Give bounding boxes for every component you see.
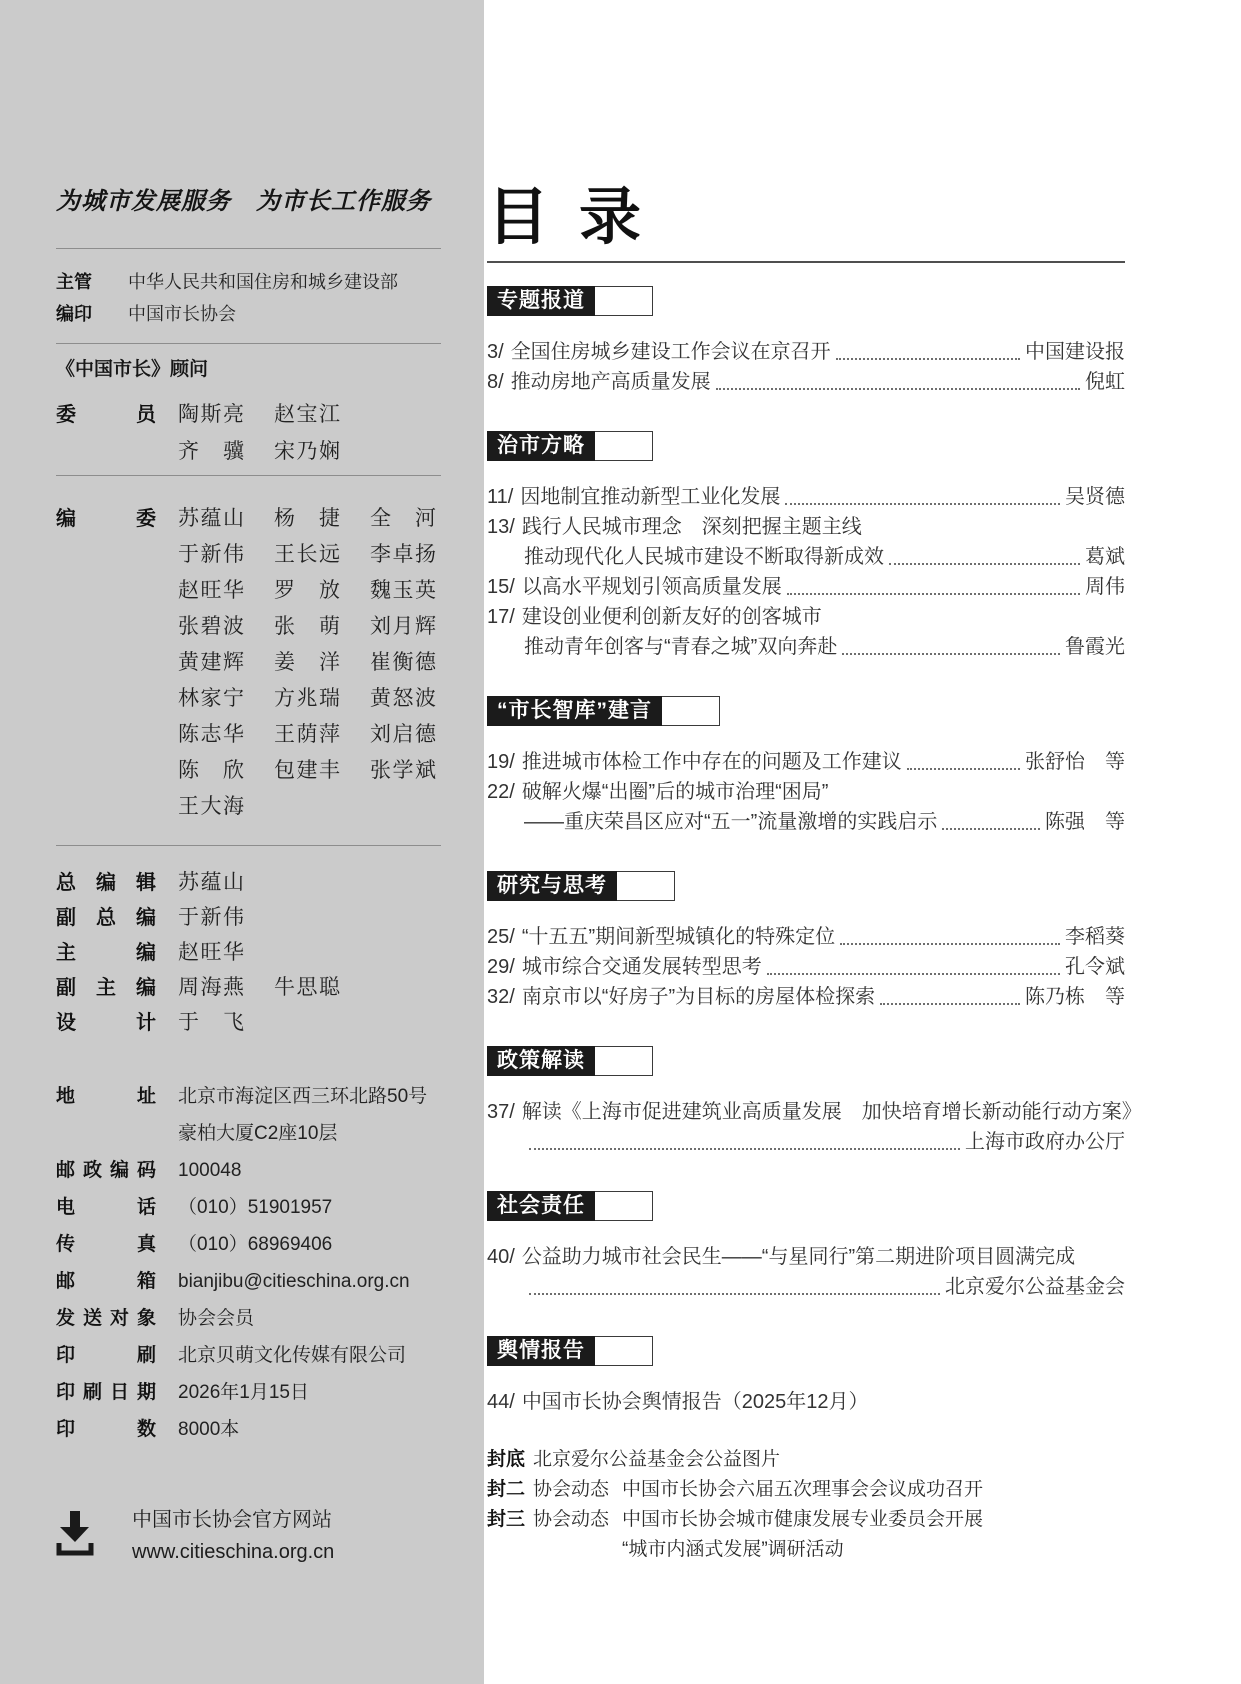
- person-name: 罗放: [274, 579, 340, 603]
- section-social-responsibility: 社会责任 40/ 公益助力城市社会民生——“与星同行”第二期进阶项目圆满完成 北…: [487, 1191, 1125, 1302]
- person-name: 张学斌: [370, 759, 436, 783]
- cover-label: 封二: [487, 1475, 533, 1505]
- section-title: 研究与思考: [487, 871, 617, 901]
- toc-entry: 11/ 因地制宜推动新型工业化发展 吴贤德: [487, 482, 1125, 512]
- info-value: 2026年1月15日: [178, 1381, 309, 1405]
- entry-page-number: 13/: [487, 512, 515, 542]
- person-name: 苏蕴山: [178, 507, 244, 531]
- info-label: 印数: [56, 1418, 156, 1442]
- info-row-print-run: 印数 8000本: [56, 1418, 441, 1442]
- dot-leader: [529, 1293, 940, 1295]
- cover-row-inside-back: 封三 协会动态 中国市长协会城市健康发展专业委员会开展: [487, 1505, 1125, 1535]
- website-name: 中国市长协会官方网站: [132, 1504, 334, 1536]
- download-icon: [56, 1510, 94, 1556]
- entry-page-number: 11/: [487, 482, 513, 512]
- dot-leader: [842, 653, 1060, 655]
- info-row-address: 地址 北京市海淀区西三环北路50号: [56, 1085, 441, 1109]
- entry-title: 推动房地产高质量发展: [511, 367, 711, 397]
- entry-page-number: 44/: [487, 1387, 515, 1417]
- entry-title: ——重庆荣昌区应对“五一”流量激增的实践启示: [524, 807, 937, 837]
- toc-entry: 13/ 践行人民城市理念 深刻把握主题主线: [487, 512, 1125, 542]
- entry-title: 因地制宜推动新型工业化发展: [520, 482, 780, 512]
- section-entries: 3/ 全国住房城乡建设工作会议在京召开 中国建设报 8/ 推动房地产高质量发展 …: [487, 337, 1125, 397]
- dot-leader: [836, 358, 1020, 360]
- section-header: 专题报道: [487, 286, 1125, 316]
- info-label: [56, 1122, 156, 1146]
- staff-role-label: 副主编: [56, 976, 156, 1000]
- contact-info-block: 地址 北京市海淀区西三环北路50号 豪柏大厦C2座10层 邮政编码 100048…: [56, 1085, 441, 1442]
- person-name: 黄建辉: [178, 651, 244, 675]
- entry-page-number: 8/: [487, 367, 504, 397]
- info-row-email: 邮箱 bianjibu@citieschina.org.cn: [56, 1270, 441, 1294]
- entry-author: 鲁霞光: [1065, 632, 1125, 662]
- section-entries: 19/ 推进城市体检工作中存在的问题及工作建议 张舒怡 等 22/ 破解火爆“出…: [487, 747, 1125, 837]
- info-value: 豪柏大厦C2座10层: [178, 1122, 337, 1146]
- section-entries: 25/ “十五五”期间新型城镇化的特殊定位 李稻葵 29/ 城市综合交通发展转型…: [487, 922, 1125, 1012]
- committee-block: 委员 陶斯亮 赵宝江 齐骥 宋乃娴: [56, 403, 441, 464]
- entry-author: 吴贤德: [1065, 482, 1125, 512]
- info-row-audience: 发送对象 协会会员: [56, 1307, 441, 1331]
- entry-page-number: 32/: [487, 982, 515, 1012]
- dot-leader: [767, 973, 1060, 975]
- dot-leader: [785, 503, 1060, 505]
- staff-role-label: 副总编: [56, 906, 156, 930]
- name-row: 赵旺华 罗放 魏玉英: [178, 579, 436, 603]
- person-name: 张碧波: [178, 615, 244, 639]
- staff-row: 总编辑 苏蕴山: [56, 871, 441, 895]
- entry-title: 中国市长协会舆情报告（2025年12月）: [522, 1387, 869, 1417]
- entry-title: 推动青年创客与“青春之城”双向奔赴: [524, 632, 837, 662]
- toc-entry: 29/ 城市综合交通发展转型思考 孔令斌: [487, 952, 1125, 982]
- person-name: 陈欣: [178, 759, 244, 783]
- person-name: 李卓扬: [370, 543, 436, 567]
- name-row: 陈欣 包建丰 张学斌: [178, 759, 436, 783]
- advisors-title: 《中国市长》顾问: [56, 357, 441, 383]
- section-tab-box: [595, 431, 653, 461]
- person-name: 张萌: [274, 615, 340, 639]
- entry-author: 周伟: [1085, 572, 1125, 602]
- section-research-thinking: 研究与思考 25/ “十五五”期间新型城镇化的特殊定位 李稻葵 29/ 城市综合…: [487, 871, 1125, 1012]
- divider: [56, 475, 441, 476]
- entry-author: 上海市政府办公厅: [965, 1127, 1125, 1157]
- publisher-label: 编印: [56, 298, 128, 330]
- entry-page-number: 37/: [487, 1097, 515, 1127]
- info-label: 传真: [56, 1233, 156, 1257]
- cover-text: 中国市长协会六届五次理事会会议成功召开: [622, 1475, 983, 1505]
- masthead-panel: 为城市发展服务 为市长工作服务 主管 中华人民共和国住房和城乡建设部 编印 中国…: [0, 0, 484, 1684]
- person-name: 于新伟: [178, 906, 244, 930]
- section-tab-box: [595, 286, 653, 316]
- entry-title: 践行人民城市理念 深刻把握主题主线: [522, 512, 862, 542]
- info-label: 邮政编码: [56, 1159, 156, 1183]
- supervisor-publisher-block: 主管 中华人民共和国住房和城乡建设部 编印 中国市长协会: [56, 266, 441, 330]
- toc-panel: 目录 专题报道 3/ 全国住房城乡建设工作会议在京召开 中国建设报 8/ 推动房…: [484, 0, 1125, 1565]
- section-city-governance: 治市方略 11/ 因地制宜推动新型工业化发展 吴贤德 13/ 践行人民城市理念 …: [487, 431, 1125, 662]
- person-name: 刘启德: [370, 723, 436, 747]
- person-name: 于新伟: [178, 543, 244, 567]
- section-header: 治市方略: [487, 431, 1125, 461]
- entry-title: 推动现代化人民城市建设不断取得新成效: [524, 542, 884, 572]
- cover-label: 封底: [487, 1445, 533, 1475]
- name-row: 陶斯亮 赵宝江: [178, 403, 340, 427]
- entry-page-number: 19/: [487, 747, 515, 777]
- cover-row-back: 封底 北京爱尔公益基金会公益图片: [487, 1445, 1125, 1475]
- toc-entry: 8/ 推动房地产高质量发展 倪虹: [487, 367, 1125, 397]
- section-header: 社会责任: [487, 1191, 1125, 1221]
- section-policy-interpretation: 政策解读 37/ 解读《上海市促进建筑业高质量发展 加快培育增长新动能行动方案》…: [487, 1046, 1125, 1157]
- entry-title: 推进城市体检工作中存在的问题及工作建议: [522, 747, 902, 777]
- person-name: 王大海: [178, 795, 244, 819]
- section-title: “市长智库”建言: [487, 696, 662, 726]
- person-name: 宋乃娴: [274, 440, 340, 464]
- info-value: （010）51901957: [178, 1196, 332, 1220]
- publisher-value: 中国市长协会: [128, 298, 236, 330]
- person-name: 赵旺华: [178, 579, 244, 603]
- cover-text: 中国市长协会城市健康发展专业委员会开展: [622, 1505, 983, 1535]
- info-row-fax: 传真 （010）68969406: [56, 1233, 441, 1257]
- section-entries: 44/ 中国市长协会舆情报告（2025年12月）: [487, 1387, 1125, 1417]
- section-tab-box: [662, 696, 720, 726]
- staff-role-label: 设计: [56, 1011, 156, 1035]
- publisher-row: 编印 中国市长协会: [56, 298, 441, 330]
- info-label: 发送对象: [56, 1307, 156, 1331]
- toc-entry: 32/ 南京市以“好房子”为目标的房屋体检探索 陈乃栋 等: [487, 982, 1125, 1012]
- name-row: 于新伟 王长远 李卓扬: [178, 543, 436, 567]
- person-name: 苏蕴山: [178, 871, 244, 895]
- toc-entry-continuation: ——重庆荣昌区应对“五一”流量激增的实践启示 陈强 等: [487, 807, 1125, 837]
- info-value: 8000本: [178, 1418, 239, 1442]
- person-name: 全河: [370, 507, 436, 531]
- person-name: 陈志华: [178, 723, 244, 747]
- staff-row: 副总编 于新伟: [56, 906, 441, 930]
- dot-leader: [889, 563, 1080, 565]
- committee-label: 委员: [56, 403, 156, 427]
- dot-leader: [716, 388, 1080, 390]
- cover-text: “城市内涵式发展”调研活动: [622, 1535, 844, 1565]
- info-value: 协会会员: [178, 1307, 254, 1331]
- page-title: 目录: [487, 185, 1125, 251]
- person-name: 赵旺华: [178, 941, 244, 965]
- cover-row-inside-front: 封二 协会动态 中国市长协会六届五次理事会会议成功召开: [487, 1475, 1125, 1505]
- person-name: 林家宁: [178, 687, 244, 711]
- staff-role-label: 总编辑: [56, 871, 156, 895]
- supervisor-value: 中华人民共和国住房和城乡建设部: [128, 266, 398, 298]
- entry-title: “十五五”期间新型城镇化的特殊定位: [522, 922, 835, 952]
- entry-title: 解读《上海市促进建筑业高质量发展 加快培育增长新动能行动方案》: [522, 1097, 1142, 1127]
- entry-author: 李稻葵: [1065, 922, 1125, 952]
- entry-author: 葛斌: [1085, 542, 1125, 572]
- entry-title: 公益助力城市社会民生——“与星同行”第二期进阶项目圆满完成: [522, 1242, 1075, 1272]
- magazine-toc-page: 为城市发展服务 为市长工作服务 主管 中华人民共和国住房和城乡建设部 编印 中国…: [0, 0, 1241, 1684]
- info-value: 100048: [178, 1159, 241, 1183]
- editorial-board-block: 编委 苏蕴山 杨捷 全河 于新伟 王长远 李卓扬 赵旺华 罗放 魏玉英: [56, 507, 441, 819]
- toc-entry: 15/ 以高水平规划引领高质量发展 周伟: [487, 572, 1125, 602]
- info-value: 北京贝萌文化传媒有限公司: [178, 1344, 406, 1368]
- info-label: 地址: [56, 1085, 156, 1109]
- toc-title-rule: [487, 261, 1125, 263]
- info-row-phone: 电话 （010）51901957: [56, 1196, 441, 1220]
- info-value: bianjibu@citieschina.org.cn: [178, 1270, 410, 1294]
- committee-rows: 陶斯亮 赵宝江 齐骥 宋乃娴: [178, 403, 340, 464]
- section-title: 治市方略: [487, 431, 595, 461]
- dot-leader: [787, 593, 1080, 595]
- entry-title: 破解火爆“出圈”后的城市治理“困局”: [522, 777, 829, 807]
- info-value: 北京市海淀区西三环北路50号: [178, 1085, 427, 1109]
- person-name: 方兆瑞: [274, 687, 340, 711]
- toc-entry: 17/ 建设创业便利创新友好的创客城市: [487, 602, 1125, 632]
- entry-author: 倪虹: [1085, 367, 1125, 397]
- section-tab-box: [617, 871, 675, 901]
- section-tab-box: [595, 1191, 653, 1221]
- supervisor-label: 主管: [56, 266, 128, 298]
- entry-title: 建设创业便利创新友好的创客城市: [522, 602, 822, 632]
- toc-entry: 19/ 推进城市体检工作中存在的问题及工作建议 张舒怡 等: [487, 747, 1125, 777]
- name-row: 苏蕴山 杨捷 全河: [178, 507, 436, 531]
- name-row: 陈志华 王荫萍 刘启德: [178, 723, 436, 747]
- entry-page-number: 40/: [487, 1242, 515, 1272]
- section-title: 政策解读: [487, 1046, 595, 1076]
- toc-entry: 44/ 中国市长协会舆情报告（2025年12月）: [487, 1387, 1125, 1417]
- section-header: 舆情报告: [487, 1336, 1125, 1366]
- person-name: 包建丰: [274, 759, 340, 783]
- toc-entry-continuation: 推动青年创客与“青春之城”双向奔赴 鲁霞光: [487, 632, 1125, 662]
- section-mayor-thinktank: “市长智库”建言 19/ 推进城市体检工作中存在的问题及工作建议 张舒怡 等 2…: [487, 696, 1125, 837]
- person-name: 齐骥: [178, 440, 244, 464]
- entry-page-number: 17/: [487, 602, 515, 632]
- person-name: 崔衡德: [370, 651, 436, 675]
- website-block: 中国市长协会官方网站 www.citieschina.org.cn: [56, 1504, 441, 1568]
- toc-entry: 40/ 公益助力城市社会民生——“与星同行”第二期进阶项目圆满完成: [487, 1242, 1125, 1272]
- cover-prefix: 协会动态: [533, 1475, 609, 1505]
- supervisor-row: 主管 中华人民共和国住房和城乡建设部: [56, 266, 441, 298]
- toc-entry: 3/ 全国住房城乡建设工作会议在京召开 中国建设报: [487, 337, 1125, 367]
- entry-author: 中国建设报: [1025, 337, 1125, 367]
- toc-entry: 25/ “十五五”期间新型城镇化的特殊定位 李稻葵: [487, 922, 1125, 952]
- person-name: 杨捷: [274, 507, 340, 531]
- section-title: 社会责任: [487, 1191, 595, 1221]
- entry-title: 南京市以“好房子”为目标的房屋体检探索: [522, 982, 875, 1012]
- info-label: 邮箱: [56, 1270, 156, 1294]
- staff-block: 总编辑 苏蕴山 副总编 于新伟 主编 赵旺华 副主编 周海燕 牛思聪 设计 于飞: [56, 871, 441, 1035]
- entry-title: 以高水平规划引领高质量发展: [522, 572, 782, 602]
- entry-page-number: 3/: [487, 337, 504, 367]
- cover-row-continuation: “城市内涵式发展”调研活动: [487, 1535, 1125, 1565]
- person-name: 陶斯亮: [178, 403, 244, 427]
- entry-page-number: 22/: [487, 777, 515, 807]
- toc-entry-continuation: 上海市政府办公厅: [487, 1127, 1125, 1157]
- slogan: 为城市发展服务 为市长工作服务: [56, 186, 441, 216]
- info-row-address-line2: 豪柏大厦C2座10层: [56, 1122, 441, 1146]
- staff-row: 设计 于飞: [56, 1011, 441, 1035]
- entry-author: 陈强 等: [1045, 807, 1125, 837]
- person-name: 姜洋: [274, 651, 340, 675]
- person-name: 王长远: [274, 543, 340, 567]
- person-name: 于飞: [178, 1011, 244, 1035]
- info-row-printer: 印刷 北京贝萌文化传媒有限公司: [56, 1344, 441, 1368]
- section-title: 舆情报告: [487, 1336, 595, 1366]
- section-special-report: 专题报道 3/ 全国住房城乡建设工作会议在京召开 中国建设报 8/ 推动房地产高…: [487, 286, 1125, 397]
- entry-page-number: 29/: [487, 952, 515, 982]
- cover-notes-block: 封底 北京爱尔公益基金会公益图片 封二 协会动态 中国市长协会六届五次理事会会议…: [487, 1445, 1125, 1565]
- info-row-postcode: 邮政编码 100048: [56, 1159, 441, 1183]
- divider: [56, 343, 441, 344]
- cover-prefix: 协会动态: [533, 1505, 609, 1535]
- editorial-board-rows: 苏蕴山 杨捷 全河 于新伟 王长远 李卓扬 赵旺华 罗放 魏玉英 张碧波 张萌: [178, 507, 436, 819]
- divider: [56, 845, 441, 846]
- toc-entry-continuation: 推动现代化人民城市建设不断取得新成效 葛斌: [487, 542, 1125, 572]
- person-name: 周海燕: [178, 976, 244, 1000]
- entry-author: 北京爱尔公益基金会: [945, 1272, 1125, 1302]
- info-value: （010）68969406: [178, 1233, 332, 1257]
- person-name: 王荫萍: [274, 723, 340, 747]
- staff-role-label: 主编: [56, 941, 156, 965]
- info-label: 电话: [56, 1196, 156, 1220]
- toc-entry: 37/ 解读《上海市促进建筑业高质量发展 加快培育增长新动能行动方案》: [487, 1097, 1125, 1127]
- section-title: 专题报道: [487, 286, 595, 316]
- dot-leader: [907, 768, 1020, 770]
- website-url: www.citieschina.org.cn: [132, 1536, 334, 1568]
- name-row: 张碧波 张萌 刘月辉: [178, 615, 436, 639]
- name-row: 林家宁 方兆瑞 黄怒波: [178, 687, 436, 711]
- section-tab-box: [595, 1336, 653, 1366]
- website-text: 中国市长协会官方网站 www.citieschina.org.cn: [132, 1504, 334, 1568]
- entry-page-number: 25/: [487, 922, 515, 952]
- dot-leader: [880, 1003, 1020, 1005]
- cover-text: 北京爱尔公益基金会公益图片: [533, 1445, 780, 1475]
- section-public-opinion-report: 舆情报告 44/ 中国市长协会舆情报告（2025年12月）: [487, 1336, 1125, 1417]
- name-row: 王大海: [178, 795, 436, 819]
- entry-author: 张舒怡 等: [1025, 747, 1125, 777]
- entry-title: 城市综合交通发展转型思考: [522, 952, 762, 982]
- person-name: 赵宝江: [274, 403, 340, 427]
- section-entries: 37/ 解读《上海市促进建筑业高质量发展 加快培育增长新动能行动方案》 上海市政…: [487, 1097, 1125, 1157]
- section-header: 政策解读: [487, 1046, 1125, 1076]
- info-label: 印刷日期: [56, 1381, 156, 1405]
- cover-label: 封三: [487, 1505, 533, 1535]
- divider: [56, 248, 441, 249]
- entry-title: 全国住房城乡建设工作会议在京召开: [511, 337, 831, 367]
- staff-row: 主编 赵旺华: [56, 941, 441, 965]
- person-name: 牛思聪: [274, 976, 340, 1000]
- dot-leader: [529, 1148, 960, 1150]
- editorial-board-label: 编委: [56, 507, 156, 531]
- name-row: 齐骥 宋乃娴: [178, 440, 340, 464]
- entry-page-number: 15/: [487, 572, 515, 602]
- person-name: 刘月辉: [370, 615, 436, 639]
- toc-entry-continuation: 北京爱尔公益基金会: [487, 1272, 1125, 1302]
- toc-entry: 22/ 破解火爆“出圈”后的城市治理“困局”: [487, 777, 1125, 807]
- section-entries: 40/ 公益助力城市社会民生——“与星同行”第二期进阶项目圆满完成 北京爱尔公益…: [487, 1242, 1125, 1302]
- section-entries: 11/ 因地制宜推动新型工业化发展 吴贤德 13/ 践行人民城市理念 深刻把握主…: [487, 482, 1125, 662]
- person-name: 黄怒波: [370, 687, 436, 711]
- entry-author: 孔令斌: [1065, 952, 1125, 982]
- info-row-print-date: 印刷日期 2026年1月15日: [56, 1381, 441, 1405]
- info-label: 印刷: [56, 1344, 156, 1368]
- dot-leader: [942, 828, 1040, 830]
- dot-leader: [840, 943, 1060, 945]
- staff-row: 副主编 周海燕 牛思聪: [56, 976, 441, 1000]
- name-row: 黄建辉 姜洋 崔衡德: [178, 651, 436, 675]
- section-header: “市长智库”建言: [487, 696, 1125, 726]
- entry-author: 陈乃栋 等: [1025, 982, 1125, 1012]
- section-header: 研究与思考: [487, 871, 1125, 901]
- section-tab-box: [595, 1046, 653, 1076]
- person-name: 魏玉英: [370, 579, 436, 603]
